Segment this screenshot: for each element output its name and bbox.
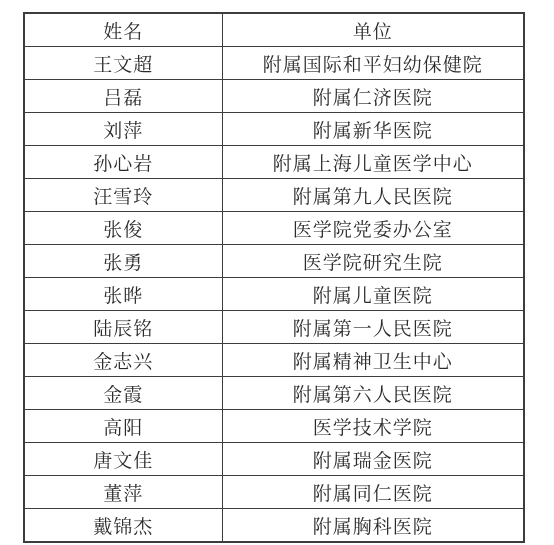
name-cell: 董萍 (24, 476, 222, 509)
name-cell: 刘萍 (24, 113, 222, 146)
name-unit-table: 姓名 单位 王文超 附属国际和平妇幼保健院 吕磊 附属仁济医院 刘萍 附属新华医… (23, 12, 525, 543)
table-row: 张勇 医学院研究生院 (24, 245, 524, 278)
unit-cell: 附属瑞金医院 (222, 443, 524, 476)
table-header-row: 姓名 单位 (24, 13, 524, 47)
unit-cell: 附属儿童医院 (222, 278, 524, 311)
unit-cell: 附属新华医院 (222, 113, 524, 146)
unit-cell: 医学院研究生院 (222, 245, 524, 278)
table-row: 张俊 医学院党委办公室 (24, 212, 524, 245)
table-row: 金志兴 附属精神卫生中心 (24, 344, 524, 377)
name-cell: 王文超 (24, 47, 222, 80)
header-name: 姓名 (24, 13, 222, 47)
unit-cell: 附属仁济医院 (222, 80, 524, 113)
name-cell: 汪雪玲 (24, 179, 222, 212)
table-row: 唐文佳 附属瑞金医院 (24, 443, 524, 476)
unit-cell: 附属第一人民医院 (222, 311, 524, 344)
table-row: 张晔 附属儿童医院 (24, 278, 524, 311)
unit-cell: 附属精神卫生中心 (222, 344, 524, 377)
name-cell: 金霞 (24, 377, 222, 410)
name-cell: 张俊 (24, 212, 222, 245)
unit-cell: 附属上海儿童医学中心 (222, 146, 524, 179)
table-row: 高阳 医学技术学院 (24, 410, 524, 443)
table-row: 吕磊 附属仁济医院 (24, 80, 524, 113)
unit-cell: 医学院党委办公室 (222, 212, 524, 245)
table-row: 金霞 附属第六人民医院 (24, 377, 524, 410)
name-cell: 孙心岩 (24, 146, 222, 179)
unit-cell: 附属胸科医院 (222, 509, 524, 543)
name-cell: 张勇 (24, 245, 222, 278)
unit-cell: 附属第九人民医院 (222, 179, 524, 212)
document-page: 姓名 单位 王文超 附属国际和平妇幼保健院 吕磊 附属仁济医院 刘萍 附属新华医… (0, 0, 554, 545)
table-row: 董萍 附属同仁医院 (24, 476, 524, 509)
name-cell: 戴锦杰 (24, 509, 222, 543)
header-unit: 单位 (222, 13, 524, 47)
name-cell: 陆辰铭 (24, 311, 222, 344)
unit-cell: 医学技术学院 (222, 410, 524, 443)
table-row: 王文超 附属国际和平妇幼保健院 (24, 47, 524, 80)
name-cell: 张晔 (24, 278, 222, 311)
unit-cell: 附属同仁医院 (222, 476, 524, 509)
name-cell: 金志兴 (24, 344, 222, 377)
unit-cell: 附属国际和平妇幼保健院 (222, 47, 524, 80)
table-row: 汪雪玲 附属第九人民医院 (24, 179, 524, 212)
table-row: 陆辰铭 附属第一人民医院 (24, 311, 524, 344)
table-row: 孙心岩 附属上海儿童医学中心 (24, 146, 524, 179)
name-cell: 高阳 (24, 410, 222, 443)
table-row: 刘萍 附属新华医院 (24, 113, 524, 146)
unit-cell: 附属第六人民医院 (222, 377, 524, 410)
name-cell: 唐文佳 (24, 443, 222, 476)
table-row: 戴锦杰 附属胸科医院 (24, 509, 524, 543)
name-cell: 吕磊 (24, 80, 222, 113)
